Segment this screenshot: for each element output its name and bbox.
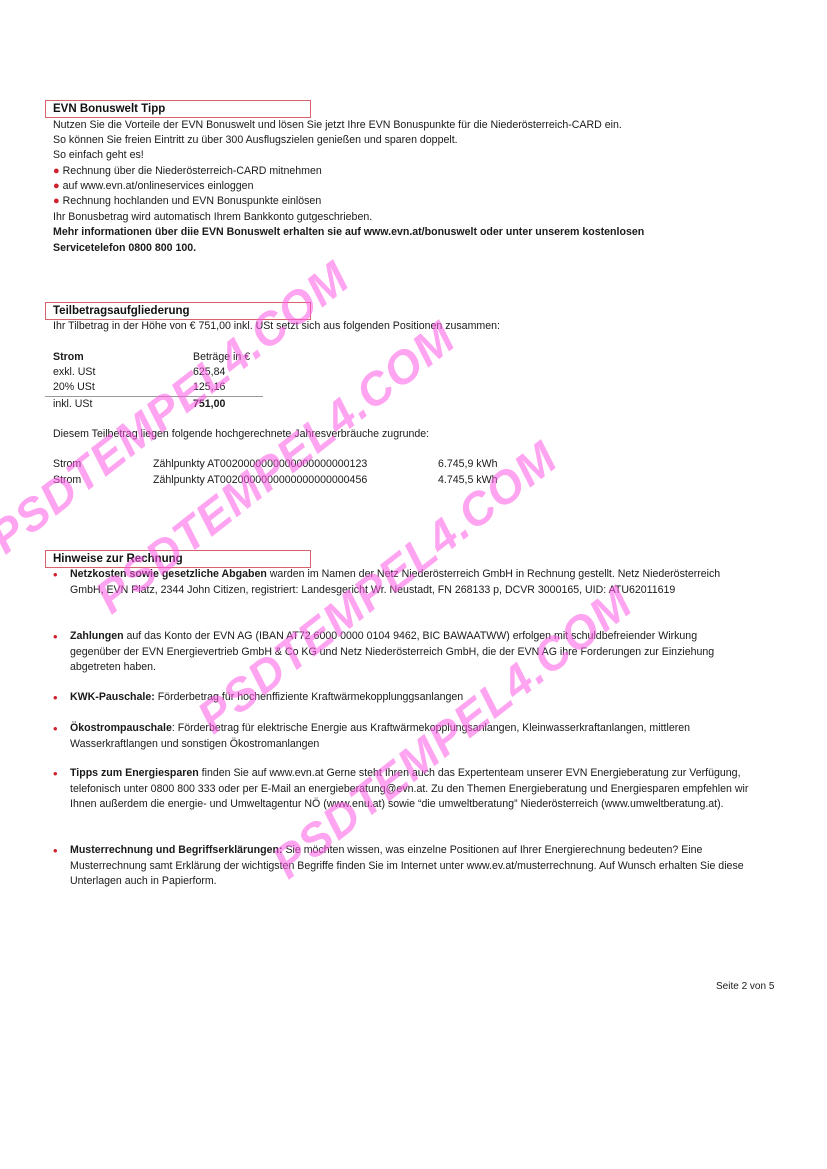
bullet-icon: • — [53, 766, 58, 781]
step-text: Rechnung hochlanden und EVN Bonuspunkte … — [63, 195, 322, 207]
page-number: Seite 2 von 5 — [716, 981, 774, 992]
consumption-value: 6.745,9 kWh — [438, 457, 497, 472]
consumption-intro: Diesem Teilbetrag liegen folgende hochge… — [53, 427, 429, 442]
bonuswelt-step: ●Rechnung hochlanden und EVN Bonuspunkte… — [53, 194, 321, 209]
table-total-row: inkl. USt 751,00 — [53, 397, 268, 412]
consumption-type: Strom — [53, 457, 81, 472]
notice-heading: Ökostrompauschale — [70, 722, 172, 734]
notice-heading: KWK-Pauschale: — [70, 691, 155, 703]
notice-heading: Tipps zum Energiesparen — [70, 767, 199, 779]
consumption-row: Strom Zählpunkty AT002000000000000000000… — [53, 457, 553, 472]
bonuswelt-line: So können Sie freien Eintritt zu über 30… — [53, 133, 458, 148]
bonuswelt-info: Servicetelefon 0800 800 100. — [53, 241, 196, 256]
step-text: auf www.evn.at/onlineservices einloggen — [63, 180, 254, 192]
step-text: Rechnung über die Niederösterreich-CARD … — [63, 165, 322, 177]
bullet-icon: • — [53, 690, 58, 705]
table-cell: 20% USt — [53, 380, 95, 395]
amount-table-header: Strom Beträge in € — [53, 350, 268, 365]
bonuswelt-note: Ihr Bonusbetrag wird automatisch Ihrem B… — [53, 210, 372, 225]
teilbetrag-intro: Ihr Tilbetrag in der Höhe von € 751,00 i… — [53, 319, 500, 334]
bullet-icon: ● — [53, 195, 60, 207]
table-total-value: 751,00 — [193, 397, 225, 412]
consumption-value: 4.745,5 kWh — [438, 473, 497, 488]
bonuswelt-line: Nutzen Sie die Vorteile der EVN Bonuswel… — [53, 118, 622, 133]
table-cell: inkl. USt — [53, 397, 92, 412]
bonuswelt-info: Mehr informationen über diie EVN Bonuswe… — [53, 225, 644, 240]
table-cell: exkl. USt — [53, 365, 95, 380]
document-page: EVN Bonuswelt Tipp Nutzen Sie die Vortei… — [0, 0, 827, 1169]
table-row: exkl. USt 625,84 — [53, 365, 268, 380]
table-cell: 125,16 — [193, 380, 225, 395]
consumption-meter: Zählpunkty AT0020000000000000000000456 — [153, 473, 367, 488]
section-title-bonuswelt: EVN Bonuswelt Tipp — [45, 100, 311, 118]
bullet-icon: • — [53, 629, 58, 644]
table-cell: 625,84 — [193, 365, 225, 380]
bonuswelt-step: ●auf www.evn.at/onlineservices einloggen — [53, 179, 253, 194]
table-row: 20% USt 125,16 — [53, 380, 268, 395]
bonuswelt-line: So einfach geht es! — [53, 148, 144, 163]
notice-heading: Zahlungen — [70, 630, 124, 642]
bullet-icon: • — [53, 843, 58, 858]
bonuswelt-step: ●Rechnung über die Niederösterreich-CARD… — [53, 164, 322, 179]
bullet-icon: • — [53, 721, 58, 736]
consumption-row: Strom Zählpunkty AT002000000000000000000… — [53, 473, 553, 488]
table-header-cell: Beträge in € — [193, 350, 250, 365]
notice-text: auf das Konto der EVN AG (IBAN AT72 6000… — [70, 630, 714, 673]
consumption-type: Strom — [53, 473, 81, 488]
consumption-meter: Zählpunkty AT0020000000000000000000123 — [153, 457, 367, 472]
notice-heading: Musterrechnung und Begriffserklärungen: — [70, 844, 283, 856]
notice-text: Förderbetrag für hochenffiziente Kraftwä… — [155, 691, 463, 703]
section-title-teilbetrag: Teilbetragsaufgliederung — [45, 302, 311, 320]
table-header-cell: Strom — [53, 350, 84, 365]
bullet-icon: ● — [53, 165, 60, 177]
notice-heading: Netzkosten sowie gesetzliche Abgaben — [70, 568, 267, 580]
bullet-icon: • — [53, 567, 58, 582]
section-title-hinweise: Hinweise zur Rechnung — [45, 550, 311, 568]
bullet-icon: ● — [53, 180, 60, 192]
